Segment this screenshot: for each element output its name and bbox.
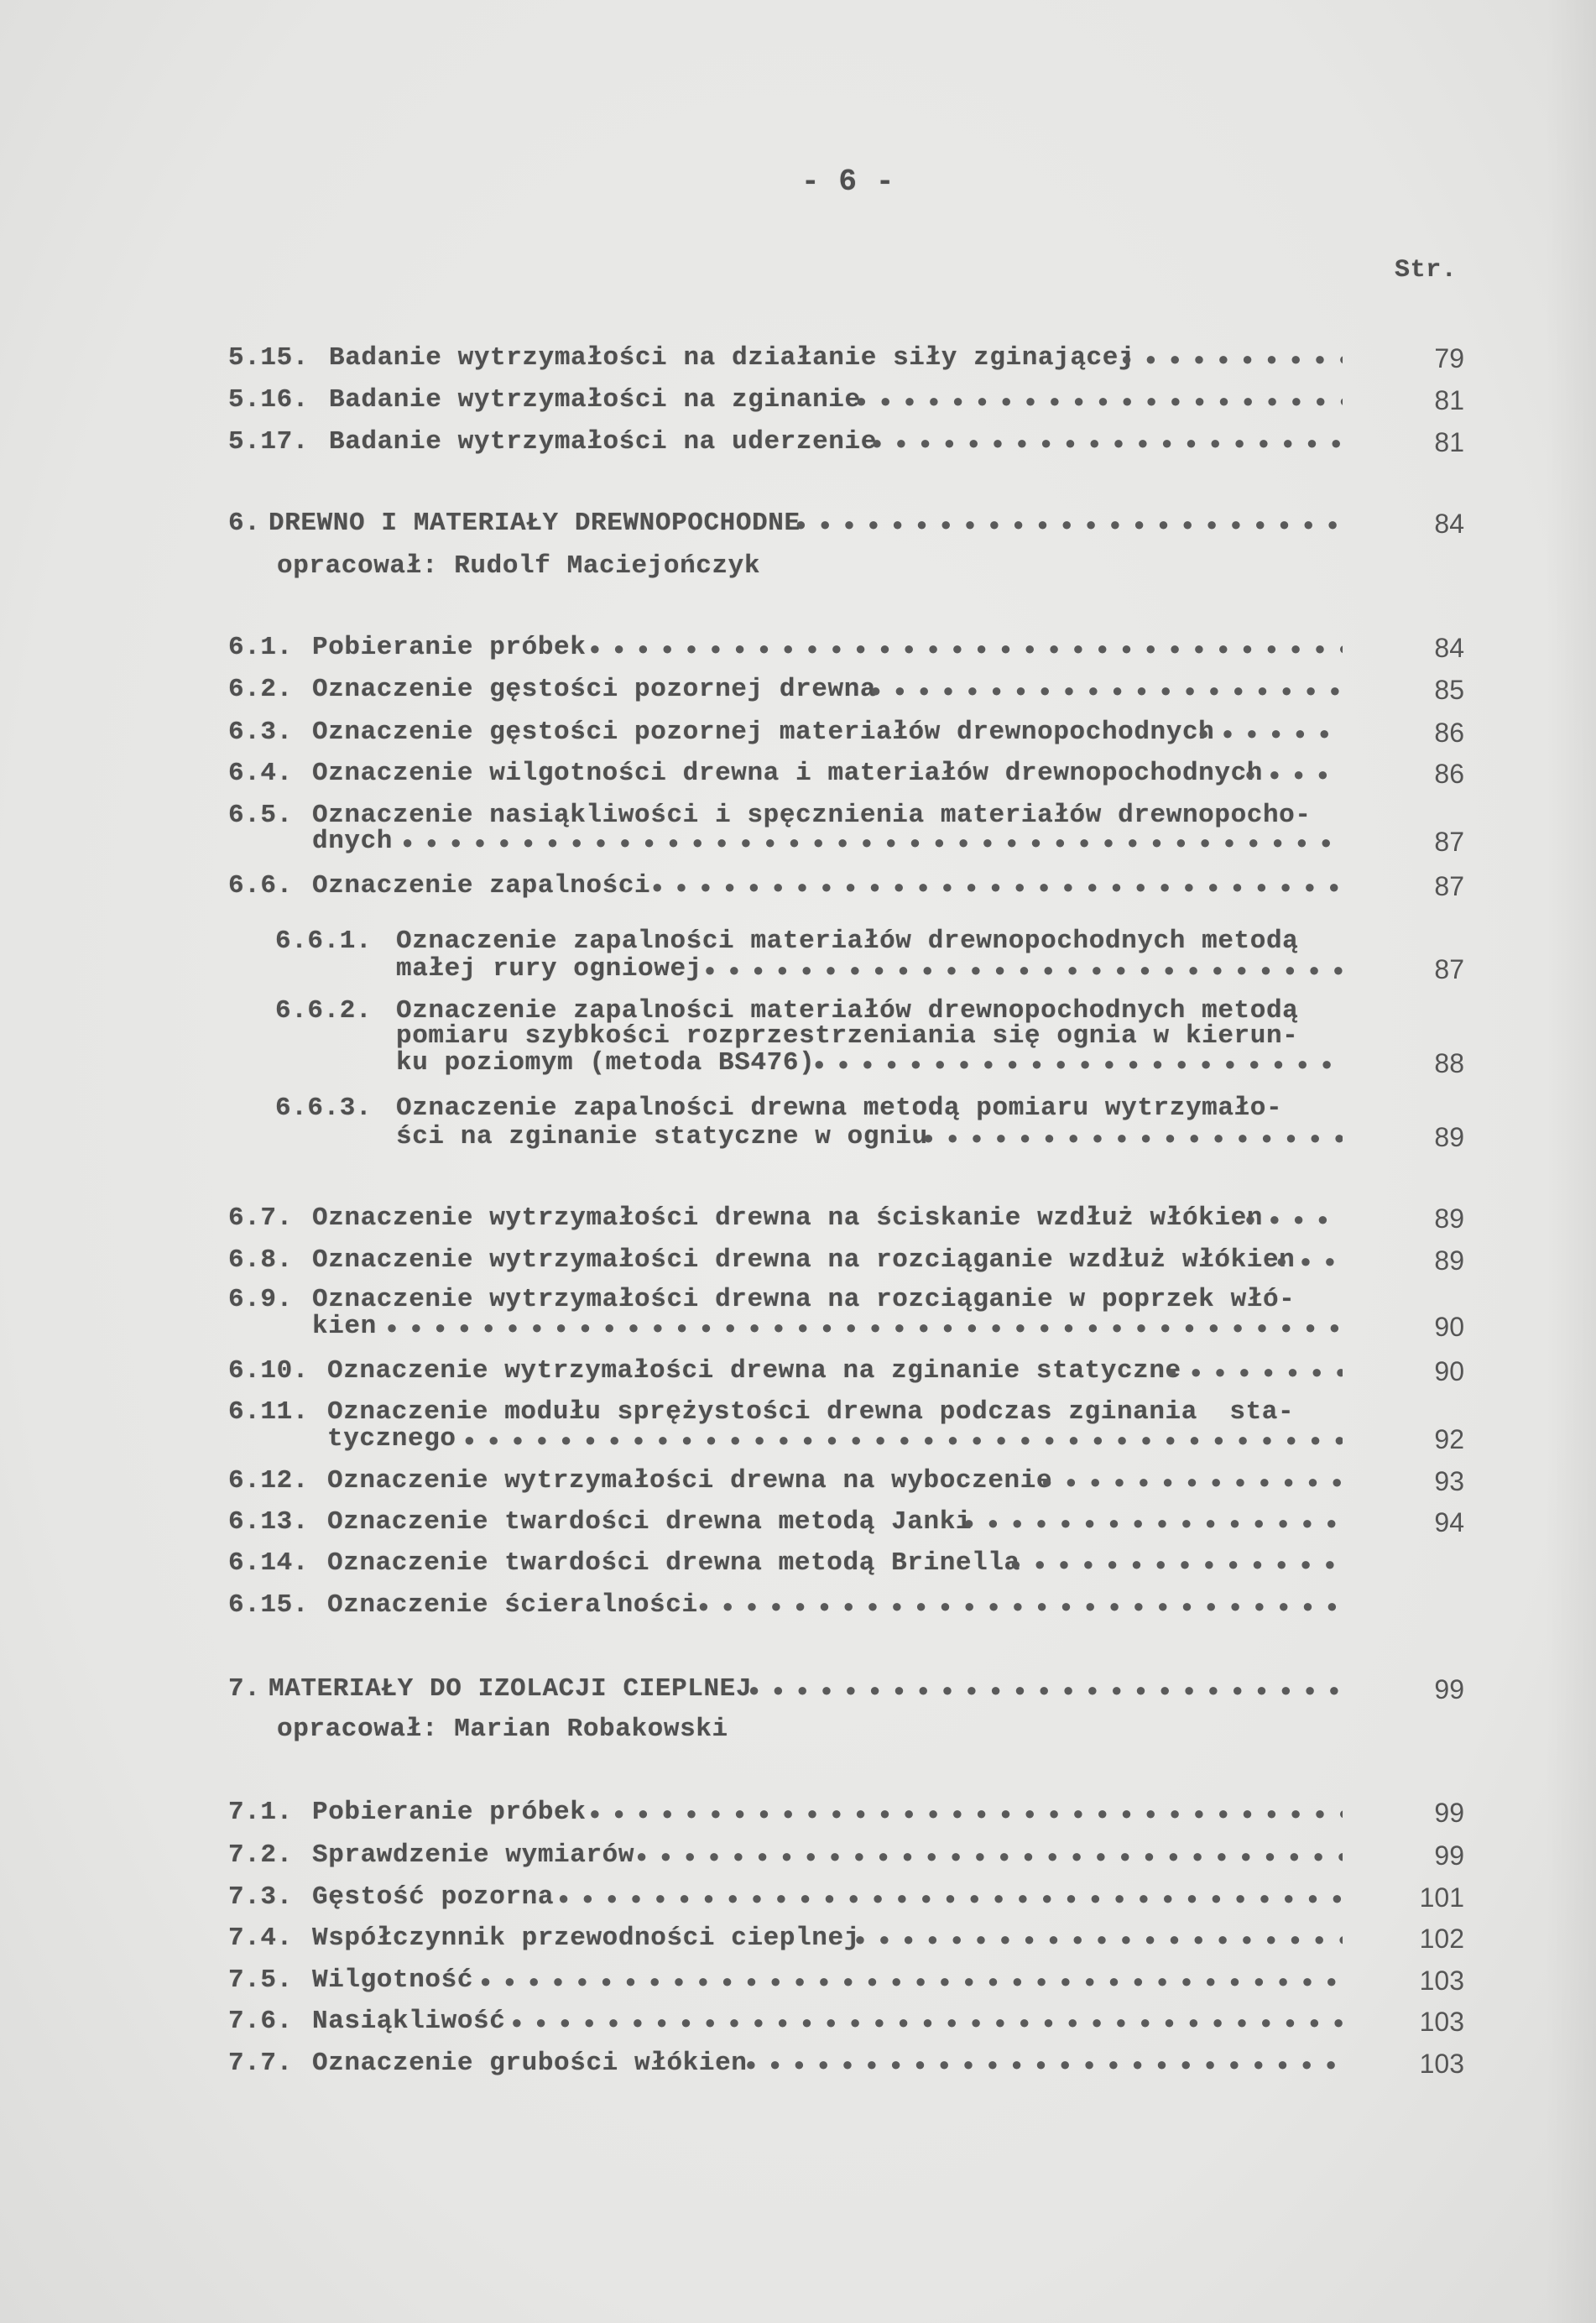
toc-entry-page: 103 bbox=[1364, 2007, 1464, 2036]
toc-entry-number: 6.15. bbox=[228, 1591, 309, 1620]
dot-leader: ● ● ● ● ● ● ● ● ● ● ● ● ● ● ● ● ● ● ● ● … bbox=[704, 955, 1343, 984]
toc-entry-title: Oznaczenie wytrzymałości drewna na rozci… bbox=[312, 1246, 1295, 1275]
toc-entry-title: Współczynnik przewodności cieplnej bbox=[312, 1924, 860, 1953]
dot-leader: ● ● ● ● ● ● ● ● ● ● ● ● ● ● ● ● ● ● ● ● … bbox=[402, 827, 1343, 856]
toc-entry-page: 87 bbox=[1364, 827, 1464, 856]
toc-entry-title: Oznaczenie gęstości pozornej materiałów … bbox=[312, 718, 1214, 747]
toc-entry-number: 6.6.1. bbox=[275, 927, 372, 956]
toc-entry-page: 93 bbox=[1364, 1467, 1464, 1496]
toc-entry-title: Badanie wytrzymałości na uderzenie bbox=[329, 428, 877, 457]
toc-entry-number: 7.2. bbox=[228, 1841, 293, 1870]
toc-entry-title: Oznaczenie modułu sprężystości drewna po… bbox=[327, 1398, 1294, 1427]
toc-entry-title: Oznaczenie wilgotności drewna i materiał… bbox=[312, 760, 1263, 788]
toc-entry-page: 86 bbox=[1364, 760, 1464, 788]
page-column-label: Str. bbox=[1395, 256, 1457, 285]
toc-entry-page: 79 bbox=[1364, 344, 1464, 373]
toc-entry-title-continuation: ku poziomym (metoda BS476) bbox=[396, 1049, 815, 1078]
toc-entry-number: 7.1. bbox=[228, 1798, 293, 1827]
toc-entry-page: 103 bbox=[1364, 2049, 1464, 2078]
toc-entry-page: 99 bbox=[1364, 1841, 1464, 1870]
toc-entry-number: 7.3. bbox=[228, 1883, 293, 1912]
toc-entry-title: Oznaczenie nasiąkliwości i spęcznienia m… bbox=[312, 801, 1312, 830]
dot-leader: ● ● ● ● ● ● ● ● ● ● ● ● ● ● ● ● ● ● ● ● … bbox=[748, 1675, 1343, 1704]
toc-entry-title: Oznaczenie ścieralności bbox=[327, 1591, 698, 1620]
toc-entry-number: 6. bbox=[228, 509, 260, 538]
toc-entry-page: 99 bbox=[1364, 1675, 1464, 1704]
toc-entry-page: 99 bbox=[1364, 1798, 1464, 1827]
toc-entry-title-continuation: pomiaru szybkości rozprzestrzeniania się… bbox=[396, 1022, 1298, 1051]
dot-leader: ● ● ● ● ● ● ● ● ● ● ● ● ● ● ● ● ● ● ● ● … bbox=[1244, 1204, 1343, 1233]
toc-entry-number: 6.3. bbox=[228, 718, 293, 747]
dot-leader: ● ● ● ● ● ● ● ● ● ● ● ● ● ● ● ● ● ● ● ● … bbox=[1041, 1467, 1343, 1496]
toc-entry-title: Oznaczenie twardości drewna metodą Brine… bbox=[327, 1549, 1020, 1578]
toc-entry-number: 7. bbox=[228, 1675, 260, 1704]
toc-entry-page: 94 bbox=[1364, 1508, 1464, 1537]
dot-leader: ● ● ● ● ● ● ● ● ● ● ● ● ● ● ● ● ● ● ● ● … bbox=[698, 1591, 1343, 1620]
toc-entry-title: Oznaczenie wytrzymałości drewna na wyboc… bbox=[327, 1467, 1052, 1496]
section-author: opracował: Rudolf Maciejończyk bbox=[277, 552, 760, 581]
dot-leader: ● ● ● ● ● ● ● ● ● ● ● ● ● ● ● ● ● ● ● ● … bbox=[558, 1883, 1343, 1912]
toc-entry-title: Wilgotność bbox=[312, 1966, 473, 1995]
toc-entry-number: 6.1. bbox=[228, 634, 293, 662]
toc-entry-number: 6.11. bbox=[228, 1398, 309, 1427]
toc-entry-page: 90 bbox=[1364, 1357, 1464, 1386]
toc-entry-number: 7.7. bbox=[228, 2049, 293, 2078]
toc-entry-number: 7.5. bbox=[228, 1966, 293, 1995]
toc-entry-title-continuation: małej rury ogniowej bbox=[396, 955, 702, 984]
dot-leader: ● ● ● ● ● ● ● ● ● ● ● ● ● ● ● ● ● ● ● ● … bbox=[652, 872, 1343, 900]
toc-entry-page: 102 bbox=[1364, 1924, 1464, 1953]
dot-leader: ● ● ● ● ● ● ● ● ● ● ● ● ● ● ● ● ● ● ● ● … bbox=[923, 1123, 1343, 1151]
toc-entry-title: Oznaczenie zapalności drewna metodą pomi… bbox=[396, 1094, 1282, 1123]
toc-entry-number: 5.15. bbox=[228, 344, 309, 373]
toc-entry-title: Pobieranie próbek bbox=[312, 1798, 586, 1827]
toc-entry-title-continuation: kien bbox=[312, 1313, 377, 1341]
toc-entry-page: 89 bbox=[1364, 1204, 1464, 1233]
toc-entry-title: MATERIAŁY DO IZOLACJI CIEPLNEJ bbox=[269, 1675, 752, 1704]
toc-entry-number: 6.4. bbox=[228, 760, 293, 788]
toc-entry-number: 6.7. bbox=[228, 1204, 293, 1233]
page-number: - 6 - bbox=[801, 168, 894, 196]
dot-leader: ● ● ● ● ● ● ● ● ● ● ● ● ● ● ● ● ● ● ● ● … bbox=[511, 2007, 1343, 2036]
dot-leader: ● ● ● ● ● ● ● ● ● ● ● ● ● ● ● ● ● ● ● ● … bbox=[1198, 718, 1343, 747]
toc-entry-page: 103 bbox=[1364, 1966, 1464, 1995]
toc-entry-number: 7.6. bbox=[228, 2007, 293, 2036]
toc-entry-page: 89 bbox=[1364, 1123, 1464, 1151]
dot-leader: ● ● ● ● ● ● ● ● ● ● ● ● ● ● ● ● ● ● ● ● … bbox=[871, 428, 1343, 457]
toc-entry-title: Oznaczenie grubości włókien bbox=[312, 2049, 747, 2078]
toc-entry-page: 81 bbox=[1364, 428, 1464, 457]
dot-leader: ● ● ● ● ● ● ● ● ● ● ● ● ● ● ● ● ● ● ● ● … bbox=[1121, 344, 1343, 373]
toc-entry-page: 89 bbox=[1364, 1246, 1464, 1275]
toc-entry-page: 90 bbox=[1364, 1313, 1464, 1341]
toc-entry-number: 6.10. bbox=[228, 1357, 309, 1386]
toc-entry-title: Oznaczenie gęstości pozornej drewna bbox=[312, 676, 876, 704]
toc-entry-page: 85 bbox=[1364, 676, 1464, 704]
toc-entry-number: 6.9. bbox=[228, 1286, 293, 1314]
toc-entry-title: Badanie wytrzymałości na zginanie bbox=[329, 386, 861, 415]
dot-leader: ● ● ● ● ● ● ● ● ● ● ● ● ● ● ● ● ● ● ● ● … bbox=[963, 1508, 1343, 1537]
toc-entry-title: Oznaczenie twardości drewna metodą Janki bbox=[327, 1508, 972, 1537]
toc-entry-title: Oznaczenie zapalności materiałów drewnop… bbox=[396, 927, 1298, 956]
toc-entry-page: 88 bbox=[1364, 1049, 1464, 1078]
section-author: opracował: Marian Robakowski bbox=[277, 1715, 728, 1744]
toc-entry-page: 81 bbox=[1364, 386, 1464, 415]
toc-entry-page: 87 bbox=[1364, 872, 1464, 900]
page-edge-shadow bbox=[1546, 0, 1596, 2323]
toc-entry-title: Oznaczenie wytrzymałości drewna na ścisk… bbox=[312, 1204, 1263, 1233]
toc-entry-number: 6.12. bbox=[228, 1467, 309, 1496]
dot-leader: ● ● ● ● ● ● ● ● ● ● ● ● ● ● ● ● ● ● ● ● … bbox=[814, 1049, 1343, 1078]
toc-entry-title: Oznaczenie wytrzymałości drewna na rozci… bbox=[312, 1286, 1295, 1314]
dot-leader: ● ● ● ● ● ● ● ● ● ● ● ● ● ● ● ● ● ● ● ● … bbox=[1010, 1549, 1343, 1578]
toc-entry-page: 86 bbox=[1364, 718, 1464, 747]
toc-entry-number: 6.14. bbox=[228, 1549, 309, 1578]
toc-entry-title-continuation: ści na zginanie statyczne w ogniu bbox=[396, 1123, 928, 1151]
toc-entry-page: 101 bbox=[1364, 1883, 1464, 1912]
toc-entry-number: 6.2. bbox=[228, 676, 293, 704]
toc-entry-number: 6.6.2. bbox=[275, 997, 372, 1026]
dot-leader: ● ● ● ● ● ● ● ● ● ● ● ● ● ● ● ● ● ● ● ● … bbox=[795, 509, 1343, 538]
toc-entry-number: 6.13. bbox=[228, 1508, 309, 1537]
toc-entry-page: 92 bbox=[1364, 1425, 1464, 1454]
dot-leader: ● ● ● ● ● ● ● ● ● ● ● ● ● ● ● ● ● ● ● ● … bbox=[636, 1841, 1343, 1870]
toc-entry-number: 6.8. bbox=[228, 1246, 293, 1275]
dot-leader: ● ● ● ● ● ● ● ● ● ● ● ● ● ● ● ● ● ● ● ● … bbox=[745, 2049, 1343, 2078]
toc-entry-number: 5.17. bbox=[228, 428, 309, 457]
dot-leader: ● ● ● ● ● ● ● ● ● ● ● ● ● ● ● ● ● ● ● ● … bbox=[1276, 1246, 1343, 1275]
dot-leader: ● ● ● ● ● ● ● ● ● ● ● ● ● ● ● ● ● ● ● ● … bbox=[870, 676, 1343, 704]
dot-leader: ● ● ● ● ● ● ● ● ● ● ● ● ● ● ● ● ● ● ● ● … bbox=[856, 386, 1343, 415]
toc-entry-title: Oznaczenie wytrzymałości drewna na zgina… bbox=[327, 1357, 1181, 1386]
dot-leader: ● ● ● ● ● ● ● ● ● ● ● ● ● ● ● ● ● ● ● ● … bbox=[1166, 1357, 1343, 1386]
toc-entry-title: Nasiąkliwość bbox=[312, 2007, 505, 2036]
toc-entry-title: DREWNO I MATERIAŁY DREWNOPOCHODNE bbox=[269, 509, 801, 538]
dot-leader: ● ● ● ● ● ● ● ● ● ● ● ● ● ● ● ● ● ● ● ● … bbox=[589, 1798, 1343, 1827]
toc-entry-number: 5.16. bbox=[228, 386, 309, 415]
toc-entry-title: Gęstość pozorna bbox=[312, 1883, 554, 1912]
dot-leader: ● ● ● ● ● ● ● ● ● ● ● ● ● ● ● ● ● ● ● ● … bbox=[480, 1966, 1343, 1995]
toc-entry-title: Badanie wytrzymałości na działanie siły … bbox=[329, 344, 1134, 373]
toc-entry-title-continuation: tycznego bbox=[327, 1425, 456, 1454]
toc-entry-title: Pobieranie próbek bbox=[312, 634, 586, 662]
dot-leader: ● ● ● ● ● ● ● ● ● ● ● ● ● ● ● ● ● ● ● ● … bbox=[854, 1924, 1343, 1953]
toc-entry-number: 6.6.3. bbox=[275, 1094, 372, 1123]
dot-leader: ● ● ● ● ● ● ● ● ● ● ● ● ● ● ● ● ● ● ● ● … bbox=[589, 634, 1343, 662]
toc-entry-title: Sprawdzenie wymiarów bbox=[312, 1841, 634, 1870]
toc-entry-title-continuation: dnych bbox=[312, 827, 393, 856]
toc-entry-number: 6.5. bbox=[228, 801, 293, 830]
toc-entry-page: 84 bbox=[1364, 509, 1464, 538]
toc-entry-title: Oznaczenie zapalności bbox=[312, 872, 650, 900]
toc-entry-page: 87 bbox=[1364, 955, 1464, 984]
dot-leader: ● ● ● ● ● ● ● ● ● ● ● ● ● ● ● ● ● ● ● ● … bbox=[386, 1313, 1343, 1341]
toc-entry-number: 7.4. bbox=[228, 1924, 293, 1953]
toc-entry-page: 84 bbox=[1364, 634, 1464, 662]
dot-leader: ● ● ● ● ● ● ● ● ● ● ● ● ● ● ● ● ● ● ● ● … bbox=[1244, 760, 1343, 788]
toc-entry-number: 6.6. bbox=[228, 872, 293, 900]
dot-leader: ● ● ● ● ● ● ● ● ● ● ● ● ● ● ● ● ● ● ● ● … bbox=[464, 1425, 1343, 1454]
